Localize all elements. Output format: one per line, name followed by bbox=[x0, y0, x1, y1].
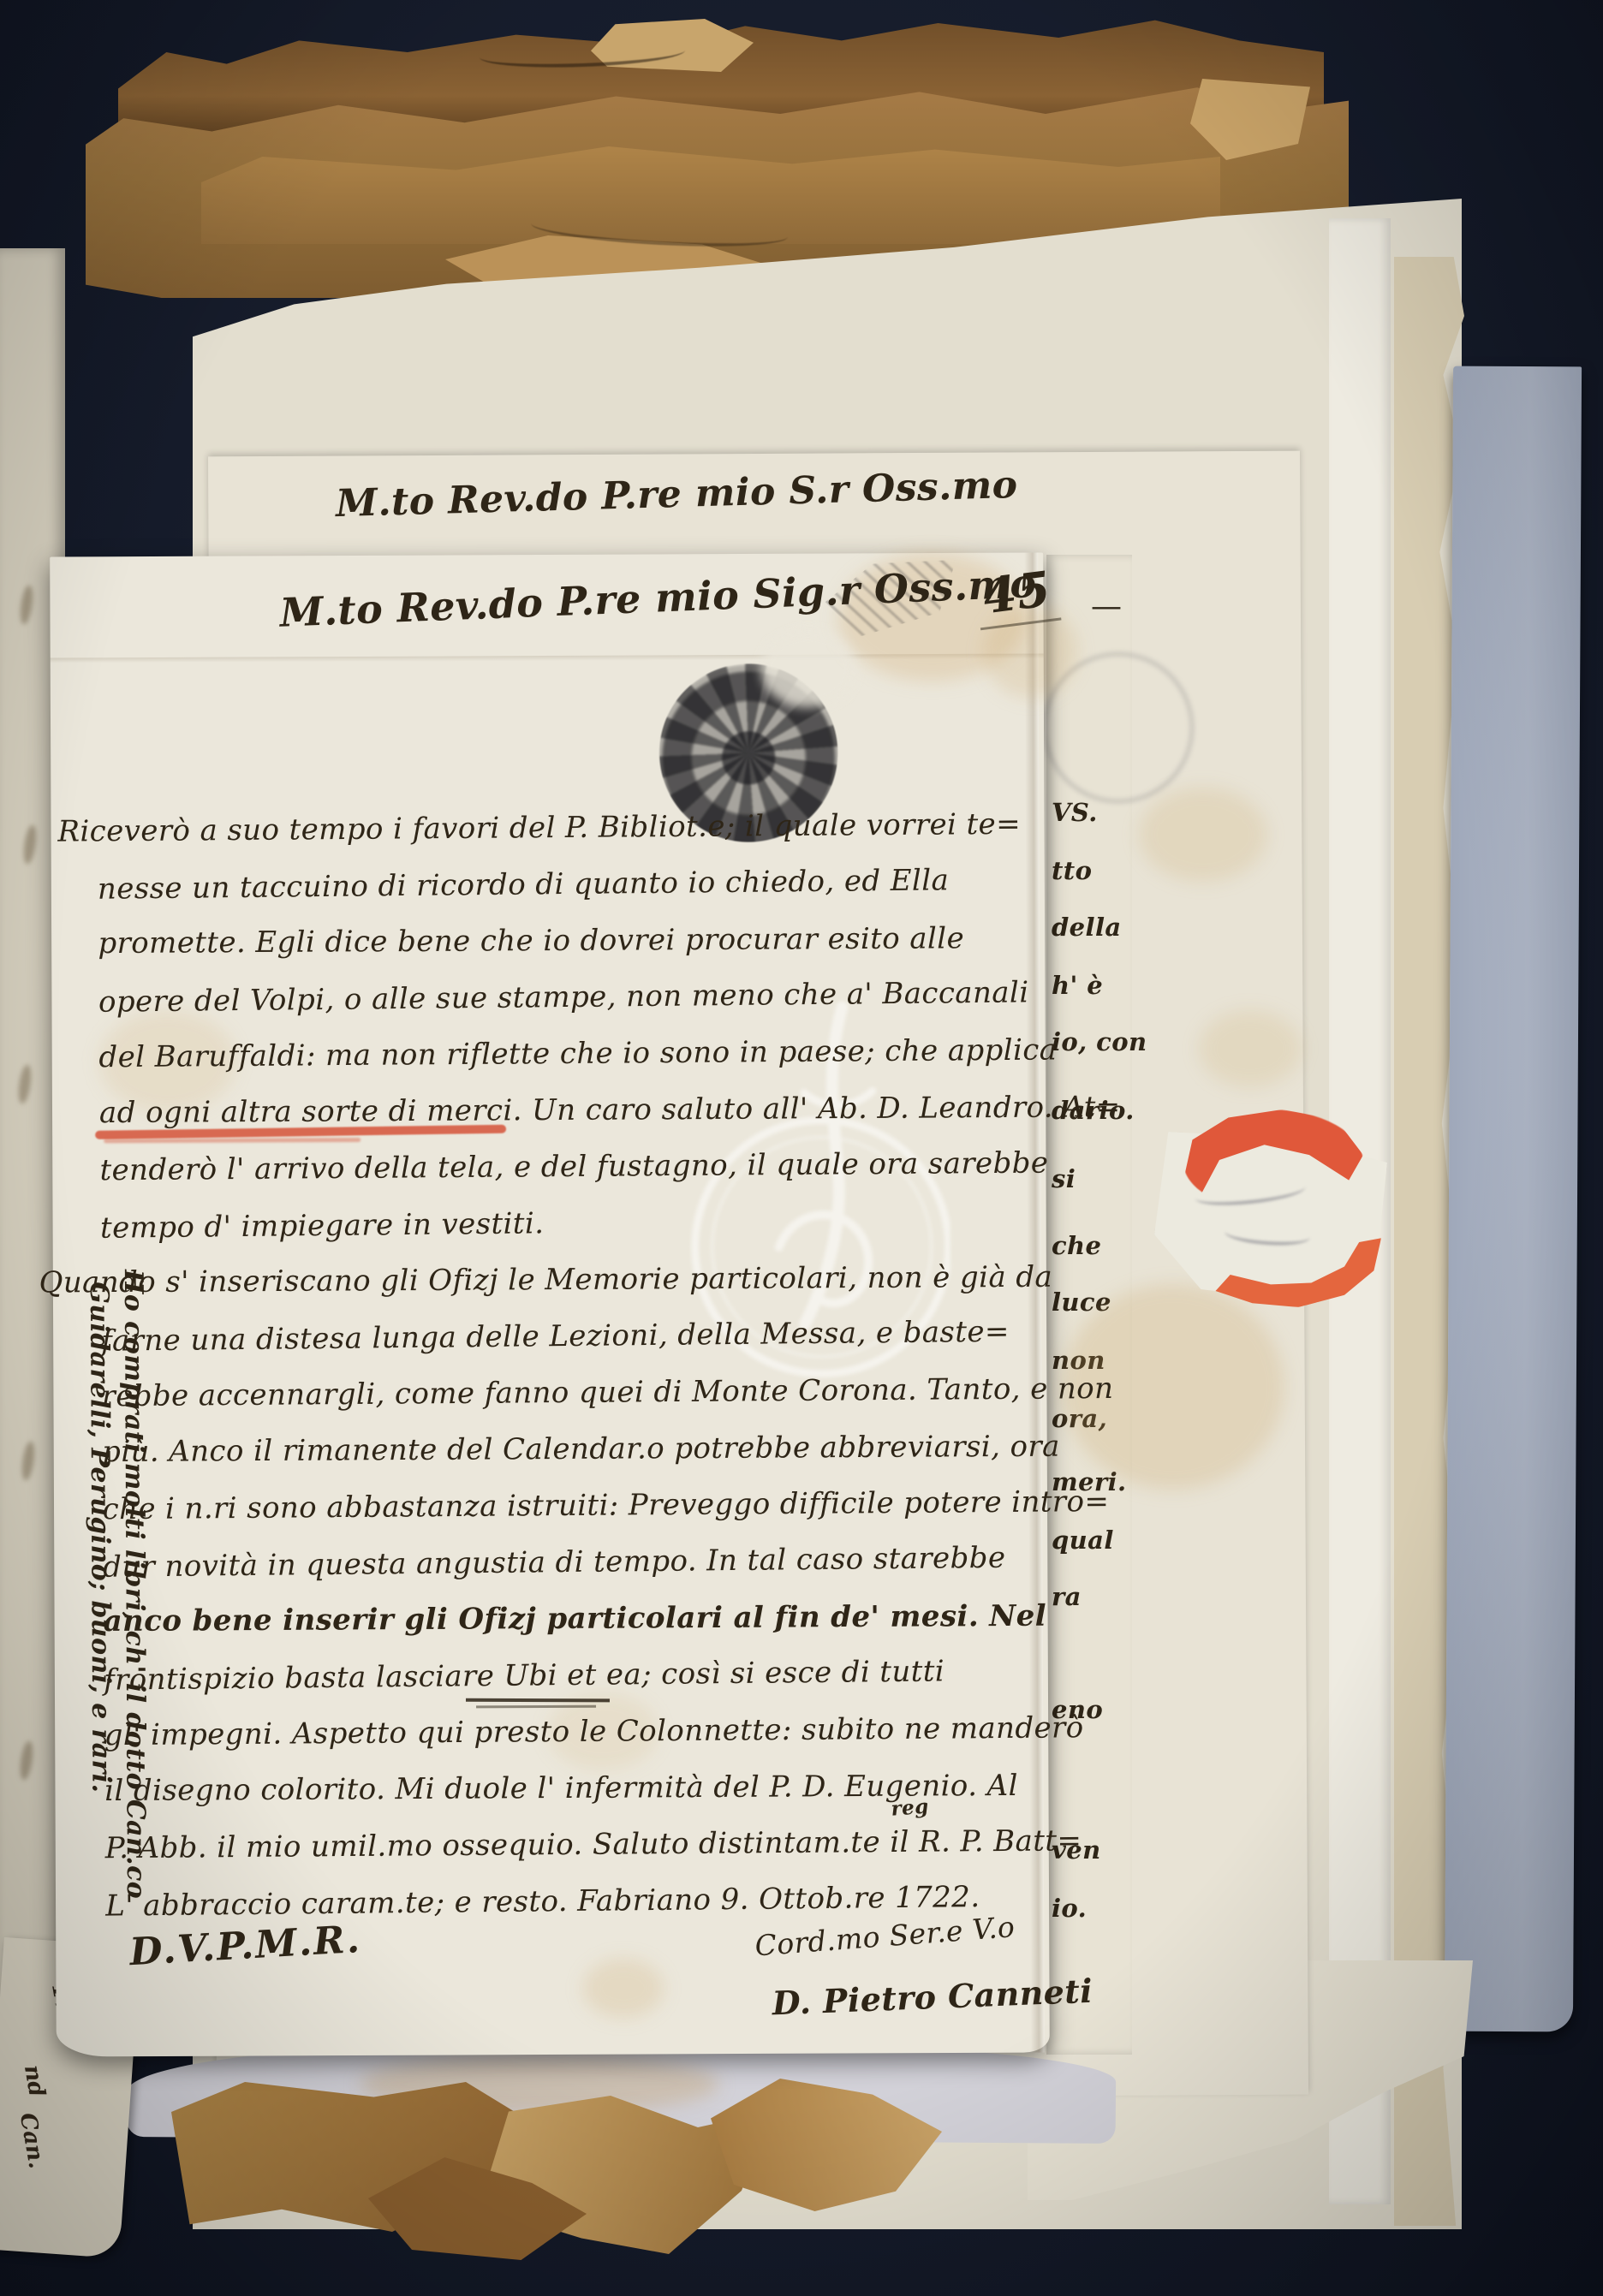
archive-number: 45 bbox=[973, 560, 1061, 630]
ink-underline-ubi-et-ea-second bbox=[476, 1705, 596, 1709]
body-line: nesse un taccuino di ricordo di quanto i… bbox=[98, 851, 1058, 918]
body-line: del Baruffaldi: ma non riflette che io s… bbox=[98, 1021, 1058, 1086]
manuscript-photo: M.to Rev.do P.re mio S.r Oss.mo — VS. tt… bbox=[0, 0, 1603, 2296]
stamp-gap bbox=[761, 630, 855, 707]
body-line: tempo d' impiegare in vestiti. bbox=[100, 1190, 1060, 1257]
body-line: tenderò l' arrivo della tela, e del fust… bbox=[99, 1134, 1058, 1199]
corner-scribble: nd bbox=[19, 2063, 50, 2099]
body-line: gl' impegni. Aspetto qui presto le Colon… bbox=[104, 1699, 1063, 1764]
margin-note: Ho comprati molti libri, ch' il dotto Ca… bbox=[81, 1270, 153, 2008]
superscript-note: reg bbox=[891, 1795, 930, 1821]
line-end-fragment: io, con bbox=[1052, 1027, 1147, 1056]
line-end-fragment: h' è bbox=[1052, 971, 1103, 1000]
signature: D. Pietro Canneti bbox=[772, 1972, 1093, 2023]
front-letter-page: M.to Rev.do P.re mio Sig.r Oss.mo 45 Ric… bbox=[50, 552, 1050, 2056]
ink-underline-ubi-et-ea bbox=[466, 1698, 610, 1703]
margin-note-line: Guidarelli, Perugino; buoni, e rari. bbox=[81, 1282, 119, 2008]
foxing-stain bbox=[582, 1958, 664, 2018]
line-end-fragment: VS. bbox=[1052, 798, 1098, 827]
body-line: rebbe accennargli, come fanno quei di Mo… bbox=[101, 1360, 1060, 1425]
body-line: anco bene inserir gli Ofizj particolari … bbox=[103, 1588, 1062, 1650]
body-line: Quando s' inseriscano gli Ofizj le Memor… bbox=[39, 1249, 1059, 1312]
body-line: più. Anco il rimanente del Calendar.o po… bbox=[102, 1419, 1061, 1480]
body-line: dur novità in questa angustia di tempo. … bbox=[103, 1529, 1063, 1596]
corner-scribble: Can. bbox=[15, 2111, 50, 2171]
body-line: promette. Egli dice bene che io dovrei p… bbox=[98, 910, 1057, 972]
letter-body: Riceverò a suo tempo i favori del P. Bib… bbox=[97, 795, 1064, 1933]
body-line: Riceverò a suo tempo i favori del P. Bib… bbox=[57, 795, 1056, 860]
body-line: che i n.ri sono abbastanza istruiti: Pre… bbox=[102, 1473, 1061, 1538]
ink-dash: — bbox=[1091, 589, 1122, 624]
body-line: P. Abb. il mio umil.mo ossequio. Saluto … bbox=[104, 1812, 1064, 1877]
line-end-fragment: tto bbox=[1052, 856, 1092, 885]
foxing-stain bbox=[1199, 1010, 1302, 1087]
body-line: opere del Volpi, o alle sue stampe, non … bbox=[98, 964, 1058, 1031]
body-line: farne una distesa lunga delle Lezioni, d… bbox=[101, 1303, 1061, 1370]
foxing-stain bbox=[1139, 788, 1267, 882]
blue-tissue-sheet bbox=[1445, 366, 1582, 2032]
line-end-fragment: della bbox=[1052, 913, 1122, 942]
margin-note-line: Ho comprati molti libri, ch' il dotto Ca… bbox=[116, 1270, 153, 2008]
